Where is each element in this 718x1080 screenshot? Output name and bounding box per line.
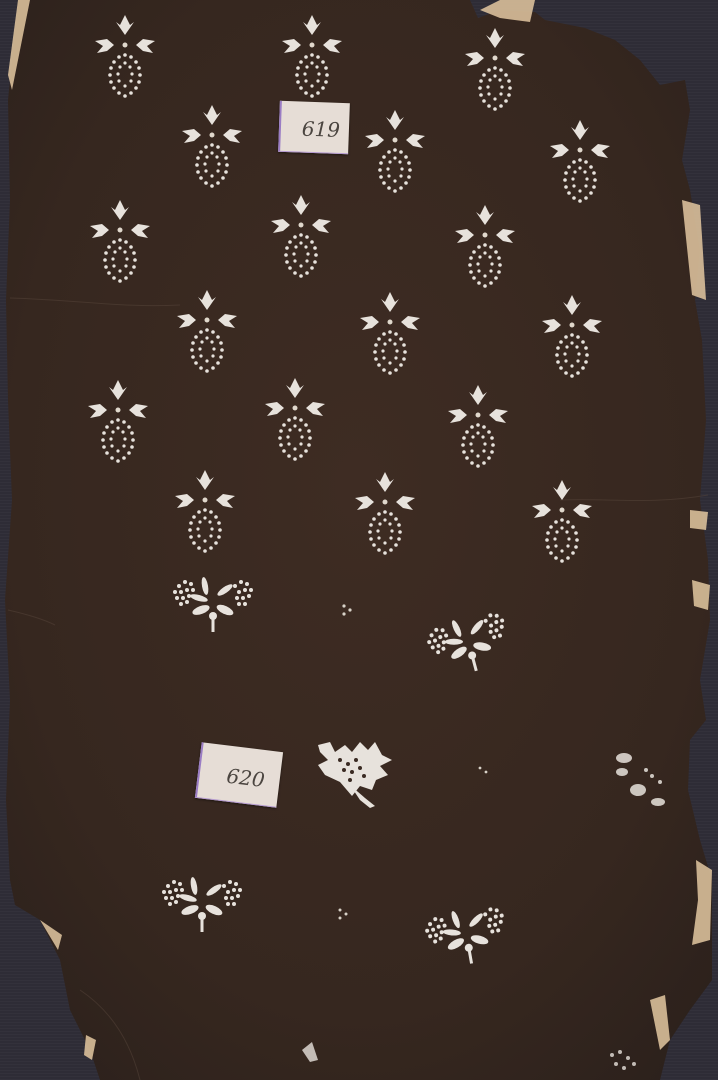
label-number: 619 [301,117,340,142]
specimen-photo: 619 620 [0,0,718,1080]
specimen-label-619: 619 [278,101,350,154]
label-number: 620 [225,763,266,791]
textile-specimen [0,0,718,1080]
specimen-sheet [5,0,712,1080]
specimen-label-620: 620 [195,742,283,808]
